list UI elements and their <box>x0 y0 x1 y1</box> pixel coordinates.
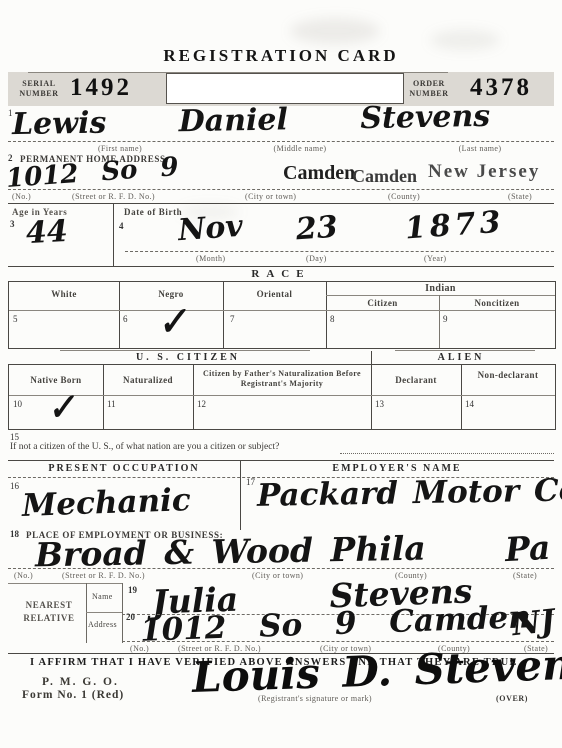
dob-day-handwriting: 23 <box>295 213 339 246</box>
dob-number: 4 <box>119 221 124 231</box>
addr-no-label: (No.) <box>12 192 31 201</box>
race-negro-label: Negro <box>119 289 223 299</box>
addr-county-label: (County) <box>388 192 420 201</box>
citizenship-table: Native Born Naturalized Citizen by Fathe… <box>8 364 556 430</box>
race-negro-number: 6 <box>123 314 128 324</box>
card-title: REGISTRATION CARD <box>0 46 562 66</box>
year-label: (Year) <box>424 254 446 263</box>
race-indian-citizen-label: Citizen <box>326 298 439 308</box>
relative-address-label: Address <box>88 620 117 629</box>
signature-line-label: (Registrant's signature or mark) <box>258 694 372 703</box>
age-value-handwriting: 44 <box>25 217 68 249</box>
addr-street-label: (Street or R. F. D. No.) <box>72 192 155 201</box>
race-indian-noncitizen-number: 9 <box>443 314 448 324</box>
race-white-number: 5 <box>13 314 18 324</box>
place-street-label: (Street or R. F. D. No.) <box>62 571 145 580</box>
age-number: 3 <box>10 219 15 229</box>
relative-address-number: 20 <box>126 612 135 622</box>
race-negro-checkmark: ✓ <box>155 302 190 342</box>
dob-month-handwriting: Nov <box>177 212 244 246</box>
present-occupation-header: PRESENT OCCUPATION <box>8 463 240 474</box>
race-oriental-label: Oriental <box>223 289 326 299</box>
relative-name-number: 19 <box>128 585 137 595</box>
naturalized-label: Naturalized <box>103 375 193 385</box>
race-indian-citizen-number: 8 <box>330 314 335 324</box>
over-label: (OVER) <box>496 694 528 703</box>
employer-handwriting: Packard Motor Co. <box>257 475 562 512</box>
month-label: (Month) <box>196 254 225 263</box>
serial-blank-box <box>166 73 404 104</box>
employer-number: 17 <box>246 477 255 487</box>
relative-no-label: (No.) <box>130 644 149 653</box>
serial-number-label: SERIAL NUMBER <box>10 79 68 100</box>
alien-header: ALIEN <box>368 352 554 363</box>
dob-header: Date of Birth <box>124 207 182 217</box>
city-stamp: Camden <box>283 162 355 185</box>
employers-name-header: EMPLOYER'S NAME <box>240 463 554 474</box>
addr-city-label: (City or town) <box>245 192 296 201</box>
us-citizen-header: U. S. CITIZEN <box>8 352 368 363</box>
naturalized-number: 11 <box>107 399 116 409</box>
order-number-label: ORDER NUMBER <box>402 79 456 100</box>
registration-card-scan: REGISTRATION CARD SERIAL NUMBER 1492 ORD… <box>0 0 562 748</box>
nearest-relative-label: NEAREST RELATIVE <box>14 599 84 624</box>
race-white-label: White <box>9 289 119 299</box>
registrant-name-handwriting: Lewis Daniel Stevens <box>12 102 491 140</box>
race-header: RACE <box>0 268 562 280</box>
native-born-number: 10 <box>13 399 22 409</box>
dob-year-handwriting: 1873 <box>404 208 505 245</box>
middle-name-label: (Middle name) <box>235 144 365 153</box>
line15-number: 15 <box>10 432 19 442</box>
relative-address-state-handwriting: NJ <box>510 606 556 641</box>
race-oriental-number: 7 <box>230 314 235 324</box>
day-label: (Day) <box>306 254 327 263</box>
county-stamp: Camden <box>352 166 417 187</box>
serial-number-value: 1492 <box>70 74 132 102</box>
line15-question: If not a citizen of the U. S., of what n… <box>10 442 279 452</box>
pmgo-label: P. M. G. O. <box>42 676 119 688</box>
native-born-label: Native Born <box>9 375 103 385</box>
place-state-label: (State) <box>513 571 537 580</box>
first-name-label: (First name) <box>55 144 185 153</box>
non-declarant-number: 14 <box>465 399 474 409</box>
order-number-value: 4378 <box>470 74 532 102</box>
non-declarant-label: Non-declarant <box>461 370 555 381</box>
line2-number: 2 <box>8 153 13 163</box>
race-indian-label: Indian <box>326 283 555 294</box>
form-number-label: Form No. 1 (Red) <box>22 689 124 701</box>
last-name-label: (Last name) <box>415 144 545 153</box>
citizen-by-father-number: 12 <box>197 399 206 409</box>
declarant-number: 13 <box>375 399 384 409</box>
relative-name-label: Name <box>92 592 113 601</box>
place-state-handwriting: Pa <box>504 531 551 566</box>
citizen-by-father-label: Citizen by Father's Naturalization Befor… <box>197 369 367 390</box>
addr-state-label: (State) <box>508 192 532 201</box>
registrant-signature-handwriting: Louis D. Stevens <box>191 643 562 699</box>
state-stamp: New Jersey <box>428 161 540 183</box>
declarant-label: Declarant <box>371 375 461 385</box>
race-table: White Negro Oriental Indian Citizen Nonc… <box>8 281 556 349</box>
race-indian-noncitizen-label: Noncitizen <box>439 298 555 308</box>
place-number: 18 <box>10 529 19 539</box>
occupation-number: 16 <box>10 481 19 491</box>
place-no-label: (No.) <box>14 571 33 580</box>
scan-smudge <box>290 18 380 44</box>
place-handwriting: Broad & Wood Phila <box>35 532 426 572</box>
native-born-checkmark: ✓ <box>45 389 78 427</box>
occupation-handwriting: Mechanic <box>22 485 192 522</box>
